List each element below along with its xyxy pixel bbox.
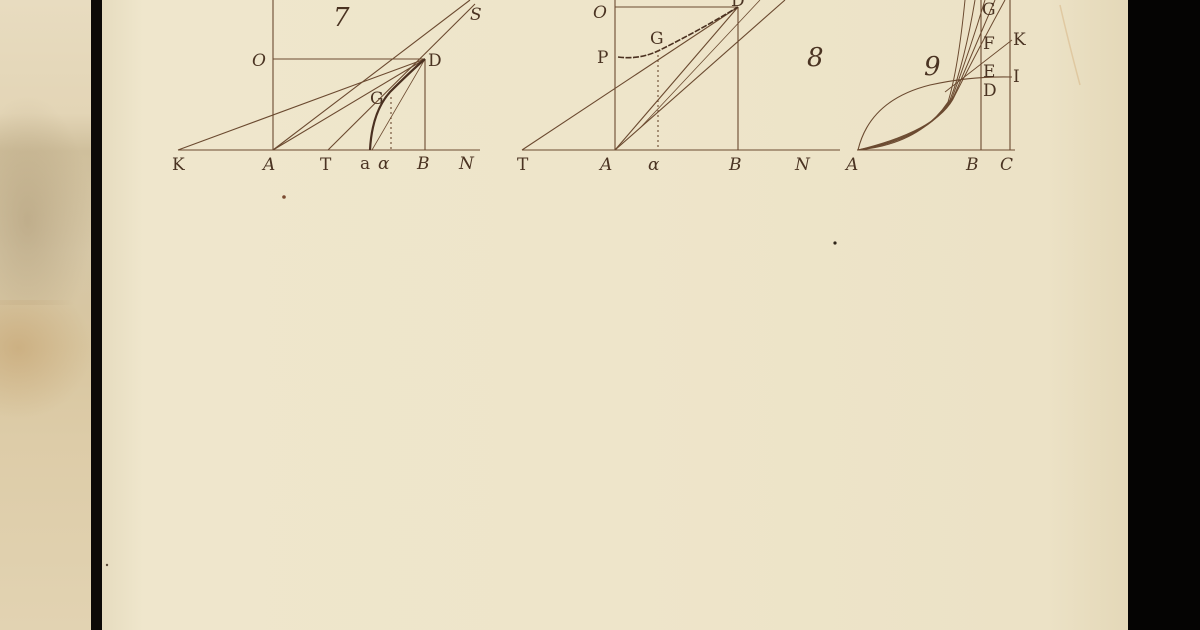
label-O: O (252, 51, 266, 71)
geometric-figures: 7 O D S G K A T a α B N O D P G 8 T A α … (0, 0, 1200, 630)
label-T: T (517, 155, 529, 175)
label-A: A (261, 155, 275, 175)
label-B: B (416, 154, 430, 174)
label-K: K (1013, 30, 1026, 50)
label-D: D (983, 81, 997, 101)
label-B: B (728, 155, 742, 175)
label-O: O (593, 3, 607, 23)
ink-speck (106, 564, 108, 566)
label-B: B (965, 155, 979, 175)
figure-9-number: 9 (924, 52, 941, 82)
label-T: T (320, 155, 332, 175)
label-N: N (794, 155, 811, 175)
figure-8 (522, 0, 840, 150)
label-A: A (598, 155, 612, 175)
label-N: N (458, 154, 475, 174)
label-K: K (172, 155, 185, 175)
label-I: I (1013, 67, 1020, 87)
ink-speck (833, 241, 836, 244)
label-S: S (470, 5, 482, 25)
label-C: C (1000, 155, 1013, 175)
label-F: F (983, 34, 995, 54)
figure-8-number: 8 (807, 43, 824, 73)
label-G: G (370, 89, 384, 109)
label-alpha: α (378, 154, 390, 174)
label-D: D (731, 0, 745, 11)
label-alpha: α (648, 155, 660, 175)
figure-7 (178, 0, 480, 150)
label-P: P (597, 48, 608, 68)
label-a: a (360, 154, 370, 174)
label-D: D (428, 51, 442, 71)
label-G: G (982, 0, 996, 20)
label-A: A (844, 155, 858, 175)
figure-7-number: 7 (333, 3, 350, 33)
label-G: G (650, 29, 664, 49)
label-E: E (983, 62, 995, 82)
ink-speck (282, 195, 286, 199)
